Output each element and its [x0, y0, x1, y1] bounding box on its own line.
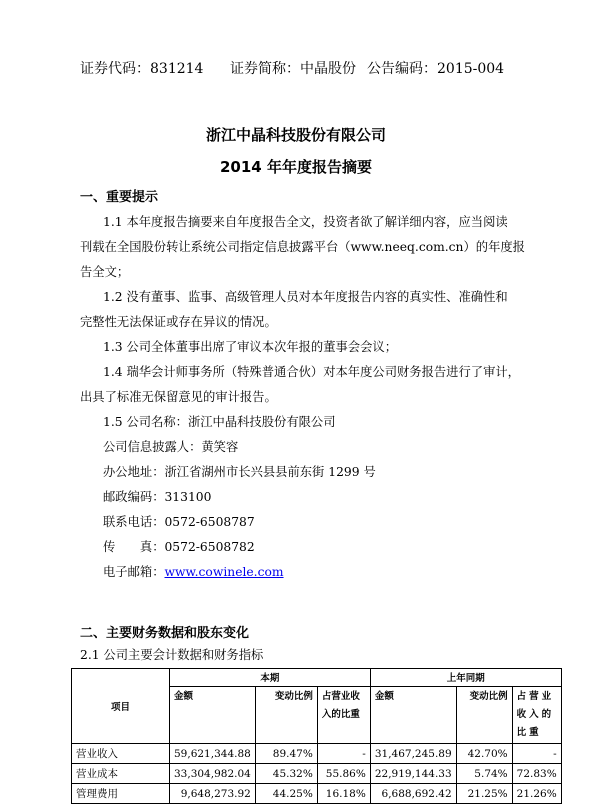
row-item: 营业成本: [72, 764, 170, 784]
prev-amount: 31,467,245.89: [370, 744, 456, 764]
phone: 联系电话：0572-6508787: [103, 512, 255, 530]
table-row: 营业收入 59,621,344.88 89.47% - 31,467,245.8…: [72, 744, 562, 764]
cur-amount: 59,621,344.88: [170, 744, 256, 764]
cur-amount: 9,648,273.92: [170, 784, 256, 804]
cur-change: 45.32%: [255, 764, 317, 784]
report-title: 2014 年年度报告摘要: [0, 156, 592, 177]
cur-change: 44.25%: [255, 784, 317, 804]
cur-ratio: 16.18%: [317, 784, 370, 804]
table-header-row-1: 项目 本期 上年同期: [72, 669, 562, 687]
stock-code: 证券代码：831214: [80, 58, 203, 78]
section-heading-financial-data: 二、主要财务数据和股东变化: [80, 622, 249, 641]
cur-amount: 33,304,982.04: [170, 764, 256, 784]
paragraph-1-2-line2: 完整性无法保证或存在异议的情况。: [80, 312, 277, 330]
paragraph-1-1-line2: 刊载在全国股份转让系统公司指定信息披露平台（www.neeq.com.cn）的年…: [80, 237, 525, 255]
prev-change: 21.25%: [456, 784, 512, 804]
paragraph-1-4-line1: 1.4 瑞华会计师事务所（特殊普通合伙）对本年度公司财务报告进行了审计，: [103, 362, 520, 380]
prev-change: 42.70%: [456, 744, 512, 764]
email-label: 电子邮箱：: [103, 565, 165, 579]
cur-change: 89.47%: [255, 744, 317, 764]
row-item: 营业收入: [72, 744, 170, 764]
prev-ratio: 72.83%: [512, 764, 561, 784]
financial-indicators-table: 项目 本期 上年同期 金额 变动比例 占营业收入的比重 金额 变动比例 占营业收…: [71, 668, 562, 804]
header-current-period: 本期: [170, 669, 371, 687]
header-current-ratio: 占营业收入的比重: [317, 687, 370, 744]
paragraph-1-3: 1.3 公司全体董事出席了审议本次年报的董事会会议；: [103, 337, 397, 355]
row-item: 管理费用: [72, 784, 170, 804]
company-name: 1.5 公司名称：浙江中晶科技股份有限公司: [103, 412, 336, 430]
notice-number: 公告编码：2015-004: [367, 58, 504, 78]
prev-amount: 22,919,144.33: [370, 764, 456, 784]
header-prior-change: 变动比例: [456, 687, 512, 744]
header-prior-period: 上年同期: [370, 669, 561, 687]
table-row: 管理费用 9,648,273.92 44.25% 16.18% 6,688,69…: [72, 784, 562, 804]
prev-change: 5.74%: [456, 764, 512, 784]
paragraph-1-4-line2: 出具了标准无保留意见的审计报告。: [80, 387, 277, 405]
postcode: 邮政编码：313100: [103, 487, 211, 505]
email-row: 电子邮箱：www.cowinele.com: [103, 562, 284, 580]
stock-name: 证券简称：中晶股份: [230, 58, 356, 78]
paragraph-1-1-line1: 1.1 本年度报告摘要来自年度报告全文，投资者欲了解详细内容，应当阅读: [103, 212, 508, 230]
prev-ratio: -: [512, 744, 561, 764]
email-website-link[interactable]: www.cowinele.com: [165, 565, 284, 579]
cur-ratio: -: [317, 744, 370, 764]
office-address: 办公地址：浙江省湖州市长兴县县前东街 1299 号: [103, 462, 376, 480]
paragraph-1-1-line3: 告全文；: [80, 262, 129, 280]
header-current-change: 变动比例: [255, 687, 317, 744]
paragraph-1-2-line1: 1.2 没有董事、监事、高级管理人员对本年度报告内容的真实性、准确性和: [103, 287, 508, 305]
prev-ratio: 21.26%: [512, 784, 561, 804]
header-item: 项目: [72, 669, 170, 744]
header-prior-amount: 金额: [370, 687, 456, 744]
table-row: 营业成本 33,304,982.04 45.32% 55.86% 22,919,…: [72, 764, 562, 784]
header-prior-ratio: 占营业收入的比重: [512, 687, 561, 744]
section-heading-important-notes: 一、重要提示: [80, 186, 158, 205]
header-current-amount: 金额: [170, 687, 256, 744]
cur-ratio: 55.86%: [317, 764, 370, 784]
fax: 传 真：0572-6508782: [103, 537, 255, 555]
prev-amount: 6,688,692.42: [370, 784, 456, 804]
subsection-heading-2-1: 2.1 公司主要会计数据和财务指标: [80, 645, 263, 663]
company-title: 浙江中晶科技股份有限公司: [0, 124, 592, 145]
disclosure-person: 公司信息披露人：黄笑容: [103, 437, 238, 455]
